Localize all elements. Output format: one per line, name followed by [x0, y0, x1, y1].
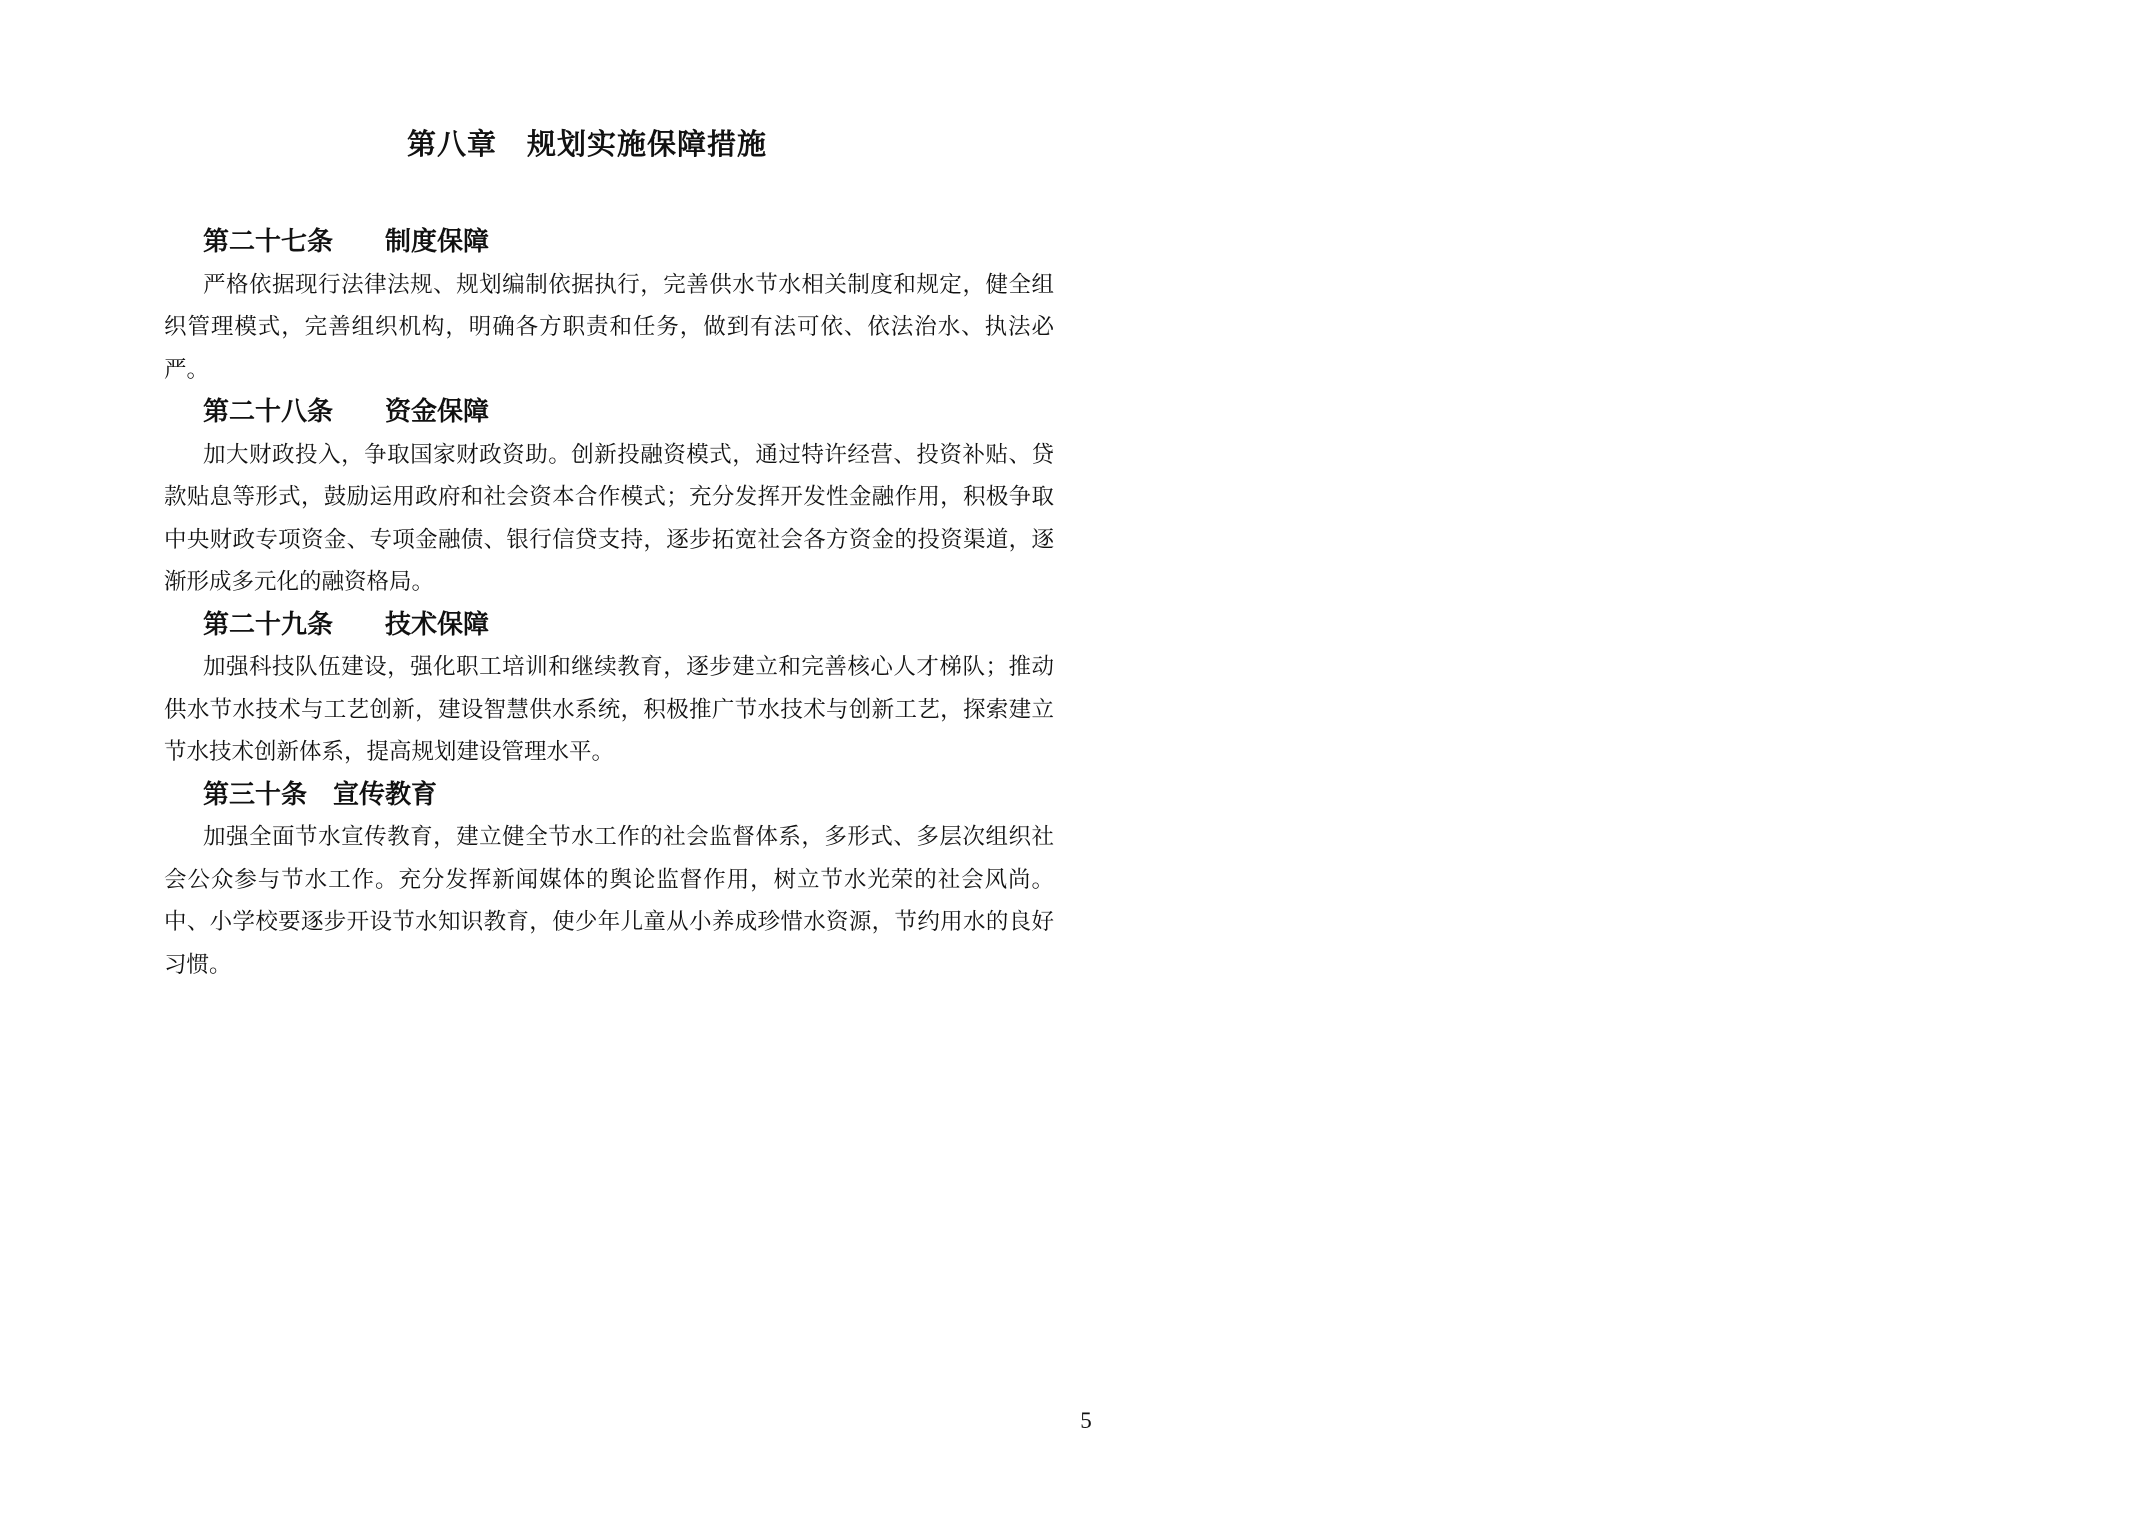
section-paragraph-article-30: 加强全面节水宣传教育，建立健全节水工作的社会监督体系，多形式、多层次组织社会公众…: [164, 816, 1054, 986]
section-paragraph-article-27: 严格依据现行法律法规、规划编制依据执行，完善供水节水相关制度和规定，健全组织管理…: [164, 264, 1054, 392]
document-body: 第二十七条 制度保障 严格依据现行法律法规、规划编制依据执行，完善供水节水相关制…: [164, 221, 1054, 986]
text-column: 第八章 规划实施保障措施 第二十七条 制度保障 严格依据现行法律法规、规划编制依…: [164, 0, 1054, 986]
page-number: 5: [1050, 1406, 1122, 1436]
chapter-title: 第八章 规划实施保障措施: [164, 123, 1010, 167]
section-heading-article-27: 第二十七条 制度保障: [164, 221, 1054, 264]
section-heading-article-28: 第二十八条 资金保障: [164, 391, 1054, 434]
document-page: 第八章 规划实施保障措施 第二十七条 制度保障 严格依据现行法律法规、规划编制依…: [0, 0, 2144, 1515]
section-heading-article-30: 第三十条 宣传教育: [164, 774, 1054, 817]
section-paragraph-article-29: 加强科技队伍建设，强化职工培训和继续教育，逐步建立和完善核心人才梯队；推动供水节…: [164, 646, 1054, 774]
section-heading-article-29: 第二十九条 技术保障: [164, 604, 1054, 647]
section-paragraph-article-28: 加大财政投入，争取国家财政资助。创新投融资模式，通过特许经营、投资补贴、贷款贴息…: [164, 434, 1054, 604]
